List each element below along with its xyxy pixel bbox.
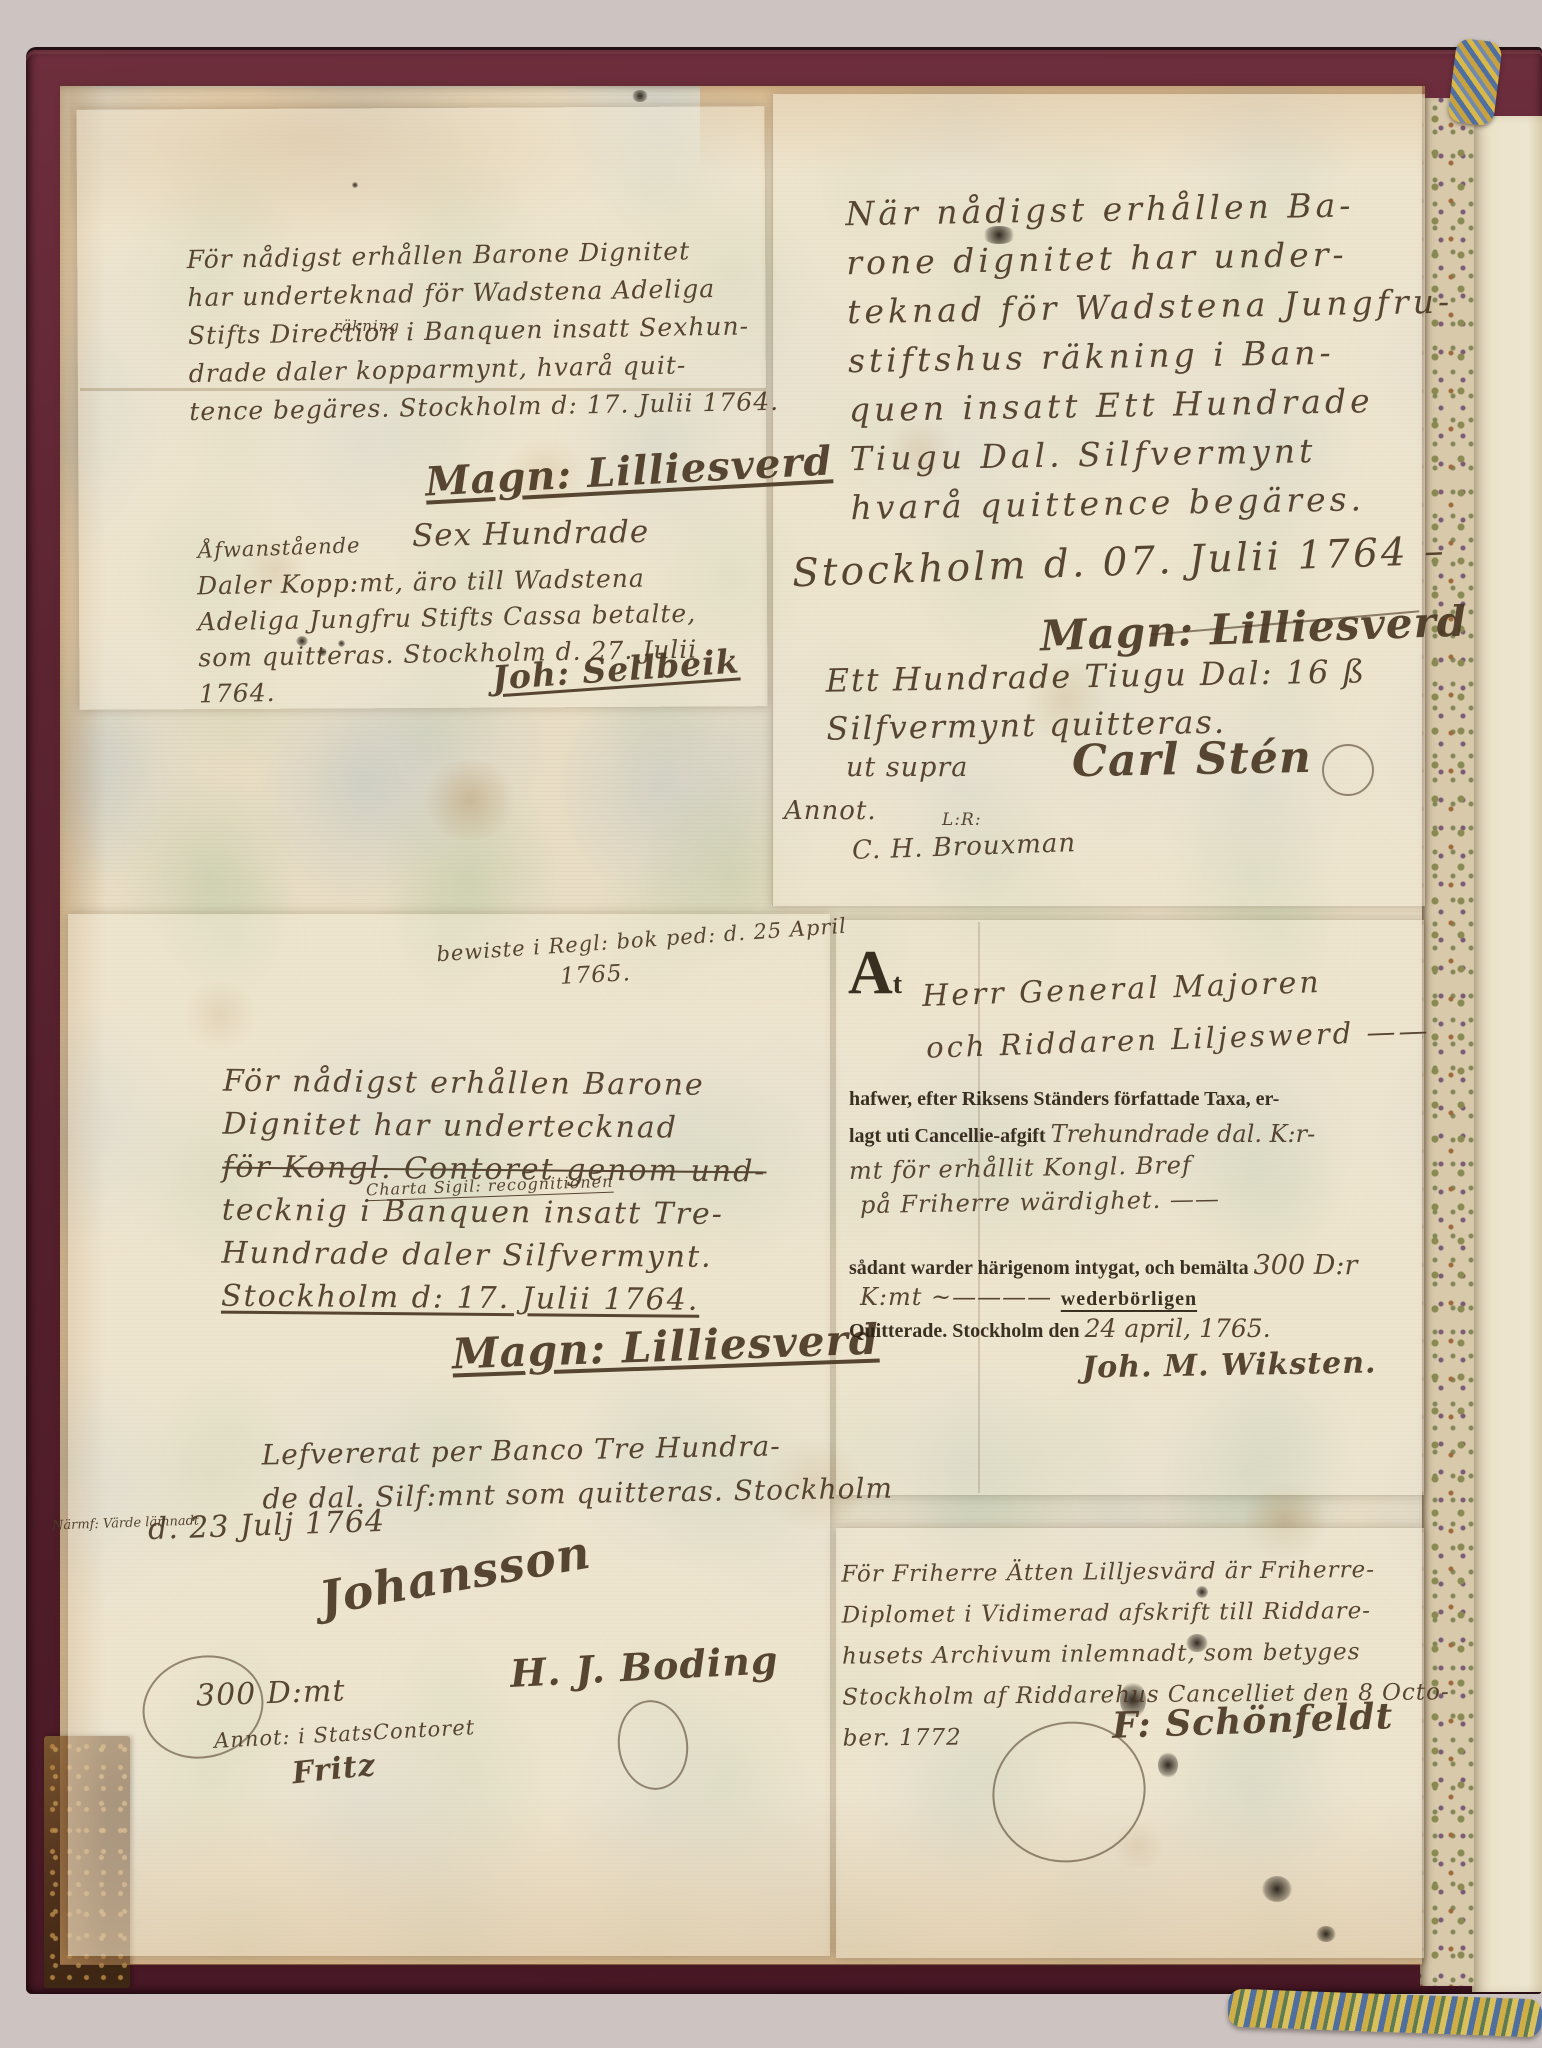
initial-small: t [893, 969, 902, 1000]
annotation-superscript: L:R: [942, 810, 982, 830]
endorsement-body: Daler Kopp:mt, äro till Wadstena Adeliga… [197, 560, 698, 713]
written-date: 24 april, 1765. [1085, 1314, 1271, 1343]
printed-text-line: Quitterade. Stockholm den 24 april, 1765… [849, 1314, 1271, 1343]
manuscript-line: Hundrade daler Silfvermynt. [221, 1232, 766, 1280]
receipt-600-daler-body: För nådigst erhållen Barone Dignitet har… [186, 231, 779, 431]
registry-header-year: 1765. [559, 960, 631, 990]
printed-text-line: lagt uti Cancellie-afgift Trehundrade da… [849, 1120, 1315, 1148]
printed-fragment: Quitterade. Stockholm den [849, 1320, 1080, 1342]
endorsement-amount: Sex Hundrade [412, 514, 650, 554]
book-block-page-edge [1472, 116, 1542, 1992]
written-fragment: K:mt ~———— [860, 1283, 1052, 1311]
ut-supra-note: ut supra [846, 752, 968, 783]
written-amount: 300 D:r [1254, 1250, 1358, 1281]
mixed-text-line: K:mt ~———— wederbörligen [860, 1283, 1197, 1311]
endband-cord-bottom [1227, 1989, 1542, 2038]
manuscript-line: Stockholm d: 17. Julii 1764. [221, 1275, 766, 1323]
initial-large: A [848, 939, 893, 1007]
written-amount: Trehundrade dal. K:r- [1051, 1120, 1316, 1148]
printed-text-line: hafwer, efter Riksens Ständers författad… [849, 1088, 1279, 1111]
annotation-label: Annot. [784, 796, 877, 826]
signature-wiksten: Joh. M. Wiksten. [1082, 1345, 1377, 1385]
printed-fragment: lagt uti Cancellie-afgift [849, 1125, 1046, 1147]
receipt-120-daler-body: När nådigst erhållen Ba- rone dignitet h… [845, 179, 1457, 533]
signature-carl-sten: Carl Stén [1072, 732, 1313, 787]
manuscript-line: Diplomet i Vidimerad afskrift till Ridda… [841, 1590, 1449, 1636]
manuscript-line: För nådigst erhållen Barone [223, 1060, 768, 1108]
manuscript-line: Dignitet har undertecknad [222, 1103, 767, 1151]
manuscript-line: Ett Hundrade Tiugu Dal: 16 ß [825, 647, 1366, 704]
manuscript-line: tecknig i Banquen insatt Tre- [222, 1189, 767, 1237]
printed-text-line: sådant warder härigenom intygat, och bem… [849, 1250, 1357, 1281]
printed-fragment: wederbörligen [1061, 1288, 1197, 1310]
manuscript-line: För Friherre Ätten Lilljesvärd är Friher… [841, 1549, 1449, 1595]
manuscript-line: husets Archivum inlemnadt, som betyges [842, 1631, 1450, 1677]
fraktur-initial: At [848, 942, 902, 1016]
photograph-archival-book-inner-cover: För nådigst erhållen Barone Dignitet har… [0, 0, 1542, 2048]
annotation-amount: 300 D:mt [195, 1673, 346, 1713]
inserted-word: räkning [334, 317, 400, 335]
written-text-line: mt för erhållit Kongl. Bref [849, 1151, 1192, 1185]
printed-fragment: sådant warder härigenom intygat, och bem… [849, 1257, 1249, 1279]
